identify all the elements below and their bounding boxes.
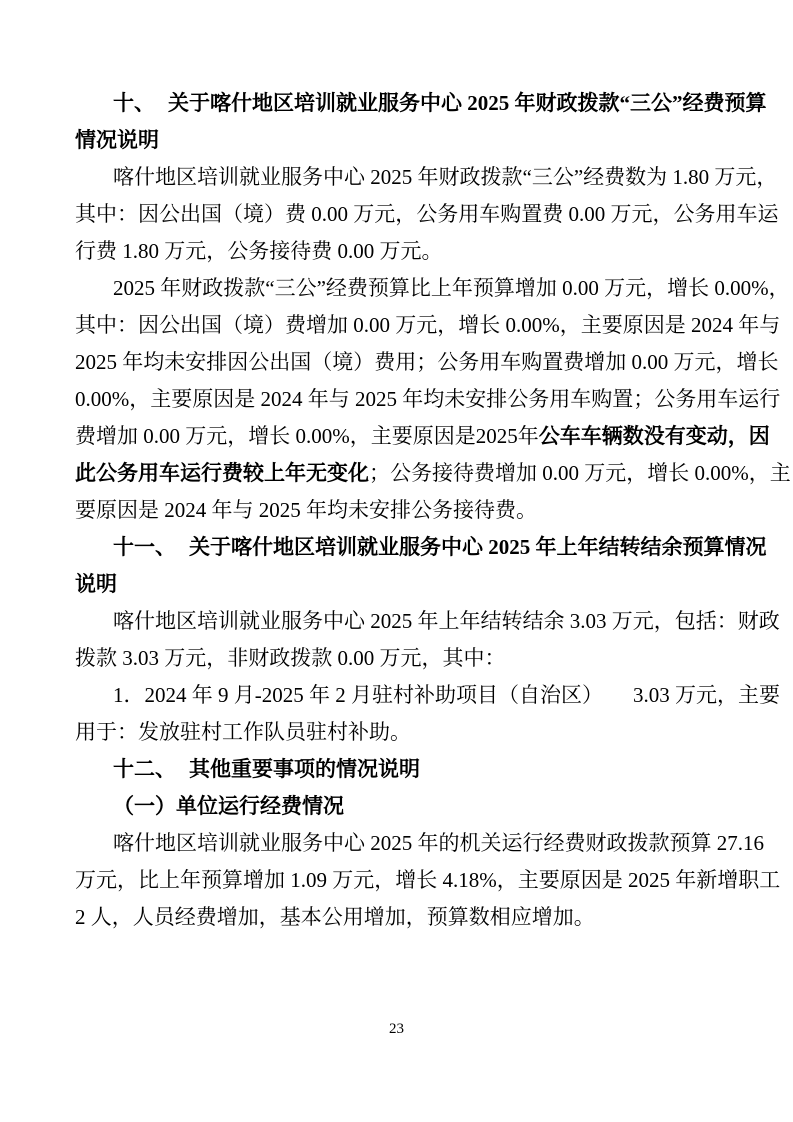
document-body: 十、关于喀什地区培训就业服务中心 2025 年财政拨款“三公”经费预算情况说明喀…: [75, 85, 712, 936]
para-carryover-item-1: 1．2024 年 9 月-2025 年 2 月驻村补助项目（自治区）3.03 万…: [75, 677, 712, 751]
text-run: 万元，比上年预算增加 1.09 万元，增长 4.18%，主要原因是 2025 年…: [75, 868, 780, 892]
text-run: 十、: [113, 91, 155, 115]
text-run: 喀什地区培训就业服务中心 2025 年财政拨款“三公”经费数为 1.80 万元，: [113, 165, 777, 189]
text-run: 喀什地区培训就业服务中心 2025 年的机关运行经费财政拨款预算 27.16: [113, 831, 764, 855]
text-line: 喀什地区培训就业服务中心 2025 年上年结转结余 3.03 万元，包括：财政: [75, 603, 712, 640]
text-run: （一）单位运行经费情况: [113, 794, 344, 818]
text-run: 十二、: [113, 757, 176, 781]
text-run: 关于喀什地区培训就业服务中心 2025 年上年结转结余预算情况: [176, 535, 767, 559]
text-run: 情况说明: [75, 128, 159, 152]
text-run: 其他重要事项的情况说明: [176, 757, 420, 781]
text-line: 此公务用车运行费较上年无变化；公务接待费增加 0.00 万元，增长 0.00%，…: [75, 455, 712, 492]
text-run: ；公务接待费增加 0.00 万元，增长 0.00%，主: [369, 461, 791, 485]
text-run: 2025 年财政拨款“三公”经费预算比上年预算增加 0.00 万元，增长 0.0…: [113, 276, 790, 300]
text-line: 拨款 3.03 万元，非财政拨款 0.00 万元，其中：: [75, 640, 712, 677]
section-10-heading: 十、关于喀什地区培训就业服务中心 2025 年财政拨款“三公”经费预算情况说明: [75, 85, 712, 159]
para-sangong-budget-total: 喀什地区培训就业服务中心 2025 年财政拨款“三公”经费数为 1.80 万元，…: [75, 159, 712, 270]
text-line: 用于：发放驻村工作队员驻村补助。: [75, 714, 712, 751]
text-line: 要原因是 2024 年与 2025 年均未安排公务接待费。: [75, 492, 712, 529]
para-carryover-total: 喀什地区培训就业服务中心 2025 年上年结转结余 3.03 万元，包括：财政拨…: [75, 603, 712, 677]
text-line: 情况说明: [75, 122, 712, 159]
emphasis-text: 此公务用车运行费较上年无变化: [75, 462, 369, 485]
text-run: 拨款 3.03 万元，非财政拨款 0.00 万元，其中：: [75, 646, 506, 670]
text-line: 1．2024 年 9 月-2025 年 2 月驻村补助项目（自治区）3.03 万…: [75, 677, 712, 714]
text-line: 十、关于喀什地区培训就业服务中心 2025 年财政拨款“三公”经费预算: [75, 85, 712, 122]
text-line: 说明: [75, 566, 712, 603]
text-run: 用于：发放驻村工作队员驻村补助。: [75, 720, 411, 744]
text-run: 其中：因公出国（境）费 0.00 万元，公务用车购置费 0.00 万元，公务用车…: [75, 202, 779, 226]
text-run: 费增加 0.00 万元，增长 0.00%，主要原因是2025年: [75, 424, 539, 448]
text-run: 其中：因公出国（境）费增加 0.00 万元，增长 0.00%，主要原因是 202…: [75, 313, 780, 337]
document-page: 十、关于喀什地区培训就业服务中心 2025 年财政拨款“三公”经费预算情况说明喀…: [0, 0, 793, 1122]
para-sangong-budget-change: 2025 年财政拨款“三公”经费预算比上年预算增加 0.00 万元，增长 0.0…: [75, 270, 712, 529]
text-line: 喀什地区培训就业服务中心 2025 年的机关运行经费财政拨款预算 27.16: [75, 825, 712, 862]
text-line: 十一、关于喀什地区培训就业服务中心 2025 年上年结转结余预算情况: [75, 529, 712, 566]
text-line: 万元，比上年预算增加 1.09 万元，增长 4.18%，主要原因是 2025 年…: [75, 862, 712, 899]
text-line: 十二、其他重要事项的情况说明: [75, 751, 712, 788]
text-run: 2025 年均未安排因公出国（境）费用；公务用车购置费增加 0.00 万元，增长: [75, 350, 779, 374]
text-run: 要原因是 2024 年与 2025 年均未安排公务接待费。: [75, 498, 537, 522]
text-run: 关于喀什地区培训就业服务中心 2025 年财政拨款“三公”经费预算: [155, 91, 767, 115]
section-11-heading: 十一、关于喀什地区培训就业服务中心 2025 年上年结转结余预算情况说明: [75, 529, 712, 603]
emphasis-text: 公车车辆数没有变动，因: [539, 425, 770, 448]
text-run: 0.00%，主要原因是 2024 年与 2025 年均未安排公务用车购置；公务用…: [75, 387, 780, 411]
text-line: 其中：因公出国（境）费增加 0.00 万元，增长 0.00%，主要原因是 202…: [75, 307, 712, 344]
text-run: 3.03 万元，主要: [603, 683, 780, 707]
text-line: 2025 年财政拨款“三公”经费预算比上年预算增加 0.00 万元，增长 0.0…: [75, 270, 712, 307]
text-line: 其中：因公出国（境）费 0.00 万元，公务用车购置费 0.00 万元，公务用车…: [75, 196, 712, 233]
text-run: 十一、: [113, 535, 176, 559]
text-line: 0.00%，主要原因是 2024 年与 2025 年均未安排公务用车购置；公务用…: [75, 381, 712, 418]
text-run: 2 人，人员经费增加，基本公用增加，预算数相应增加。: [75, 905, 595, 929]
text-line: 费增加 0.00 万元，增长 0.00%，主要原因是2025年公车车辆数没有变动…: [75, 418, 712, 455]
text-line: 2025 年均未安排因公出国（境）费用；公务用车购置费增加 0.00 万元，增长: [75, 344, 712, 381]
text-run: 行费 1.80 万元，公务接待费 0.00 万元。: [75, 239, 443, 263]
text-line: 2 人，人员经费增加，基本公用增加，预算数相应增加。: [75, 899, 712, 936]
text-run: 说明: [75, 572, 117, 596]
para-operating-expense: 喀什地区培训就业服务中心 2025 年的机关运行经费财政拨款预算 27.16万元…: [75, 825, 712, 936]
text-line: （一）单位运行经费情况: [75, 788, 712, 825]
text-run: 1．2024 年 9 月-2025 年 2 月驻村补助项目（自治区）: [113, 683, 603, 707]
page-number: 23: [0, 1021, 793, 1038]
text-run: 喀什地区培训就业服务中心 2025 年上年结转结余 3.03 万元，包括：财政: [113, 609, 780, 633]
text-line: 喀什地区培训就业服务中心 2025 年财政拨款“三公”经费数为 1.80 万元，: [75, 159, 712, 196]
section-12-heading: 十二、其他重要事项的情况说明: [75, 751, 712, 788]
text-line: 行费 1.80 万元，公务接待费 0.00 万元。: [75, 233, 712, 270]
section-12-sub-1-heading: （一）单位运行经费情况: [75, 788, 712, 825]
